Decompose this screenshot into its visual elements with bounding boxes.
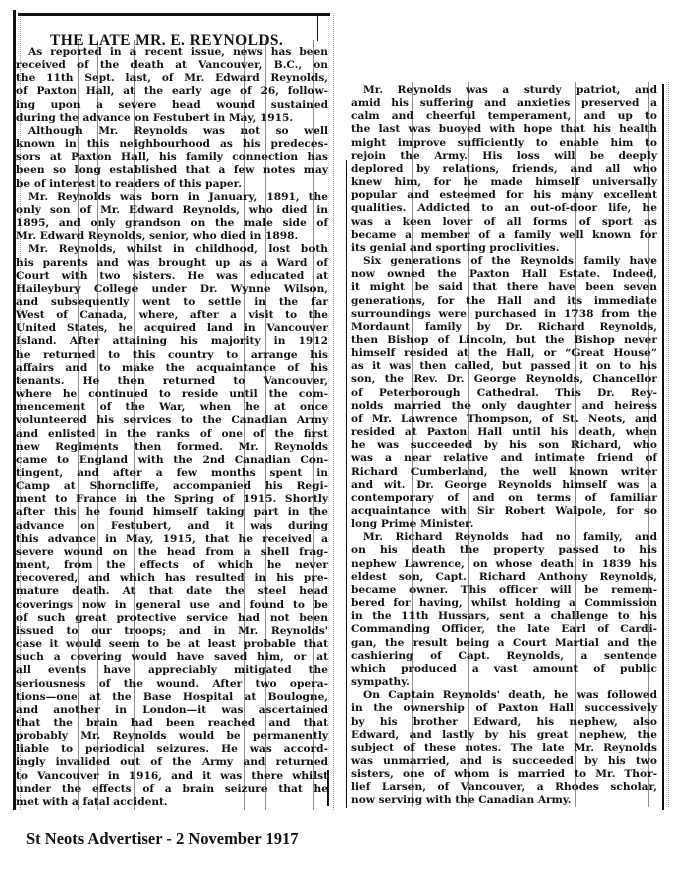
text-line: Mr. Edward Reynolds, senior, who died in… [16, 230, 328, 243]
text-line: rejoin the Army. His loss will be deeply [351, 150, 657, 163]
text-line: now serving with the Canadian Army. [351, 794, 657, 807]
text-line: probably Mr. Reynolds would be permanent… [16, 730, 328, 743]
text-line: Mr. Reynolds was a sturdy patriot, and [351, 84, 657, 97]
text-line: and another in London—it was ascertained [16, 704, 328, 717]
article-paragraph: As reported in a recent issue, news has … [16, 46, 328, 125]
text-line: Island. After attaining his majority in … [16, 335, 328, 348]
newspaper-clipping: THE LATE MR. E. REYNOLDS. As reported in… [0, 0, 678, 820]
text-line: mature death. At that date the steel hea… [16, 585, 328, 598]
text-line: coverings now in general use and found t… [16, 599, 328, 612]
scan-dotted-line [668, 82, 670, 807]
text-line: of Mr. Lawrence Thompson, of St. Neots, … [351, 413, 657, 426]
text-line: ingly invalided out of the Army and retu… [16, 756, 328, 769]
text-line: advance on Festubert, and it was during [16, 520, 328, 533]
text-line: then Bishop of Lincoln, but the Bishop n… [351, 334, 657, 347]
text-line: all events have appreciably mitigated th… [16, 664, 328, 677]
text-line: he returned to this country to arrange h… [16, 349, 328, 362]
article-paragraph: Mr. Reynolds was a sturdy patriot, andam… [351, 84, 657, 255]
right-column-right-edge [662, 84, 664, 810]
text-line: where he continued to reside until the c… [16, 388, 328, 401]
text-line: affairs and to make the acquaintance of … [16, 362, 328, 375]
text-line: known in this neighbourhood as his prede… [16, 138, 328, 151]
text-line: Commanding Officer, the late Earl of Car… [351, 623, 657, 636]
text-line: that the brain had been reached and that [16, 717, 328, 730]
text-line: his parents and was brought up as a Ward… [16, 257, 328, 270]
text-line: tenants. He then returned to Vancouver, [16, 375, 328, 388]
text-line: after this he found himself taking part … [16, 506, 328, 519]
article-paragraph: Mr. Reynolds, whilst in childhood, lost … [16, 243, 328, 809]
text-line: issued to our troops; and in Mr. Reynold… [16, 625, 328, 638]
text-line: been so long established that a few note… [16, 164, 328, 177]
text-line: the 11th Sept. last, of Mr. Edward Reyno… [16, 72, 328, 85]
text-line: the last was buoyed with hope that his h… [351, 123, 657, 136]
text-line: deplored by relations, friends, and all … [351, 163, 657, 176]
text-line: knew him, for he made himself universall… [351, 176, 657, 189]
text-line: Although Mr. Reynolds was not so well [16, 125, 328, 138]
text-line: new Regiments then formed. Mr. Reynolds [16, 441, 328, 454]
text-line: tions—one at the Base Hospital at Boulog… [16, 691, 328, 704]
text-line: severe wound on the head from a shell fr… [16, 546, 328, 559]
text-line: came to England with the 2nd Canadian Co… [16, 454, 328, 467]
text-line: On Captain Reynolds' death, he was follo… [351, 689, 657, 702]
column-divider-tick [317, 13, 318, 41]
text-line: son, the Rev. Dr. George Reynolds, Chanc… [351, 373, 657, 386]
text-line: acquaintance with Sir Robert Walpole, fo… [351, 505, 657, 518]
text-line: Mr. Reynolds was born in January, 1891, … [16, 191, 328, 204]
text-line: contemporary of and on terms of familiar [351, 492, 657, 505]
text-line: sors at Paxton Hall, his family connecti… [16, 151, 328, 164]
text-line: recovered, and which has resulted in his… [16, 572, 328, 585]
text-line: under the effects of a brain seizure tha… [16, 783, 328, 796]
clipping-top-rule [18, 13, 330, 16]
text-line: he was succeeded by his son Richard, who [351, 439, 657, 452]
text-line: met with a fatal accident. [16, 796, 328, 809]
text-line: and wit. Dr. George Reynolds himself was… [351, 479, 657, 492]
text-line: Richard Cumberland, the well known write… [351, 466, 657, 479]
text-line: by his brother Edward, his nephew, also [351, 716, 657, 729]
article-paragraph: Although Mr. Reynolds was not so wellkno… [16, 125, 328, 191]
text-line: to Vancouver in 1916, and it was there w… [16, 770, 328, 783]
text-line: received of the death at Vancouver, B.C.… [16, 59, 328, 72]
article-paragraph: Mr. Reynolds was born in January, 1891, … [16, 191, 328, 244]
text-line: ment, from the effects of which he never [16, 559, 328, 572]
text-line: West of Canada, where, after a visit to … [16, 309, 328, 322]
text-line: nephew Lawrence, on whose death in 1839 … [351, 558, 657, 571]
text-line: liable to periodical seizures. He was ac… [16, 743, 328, 756]
scan-dotted-line [333, 15, 335, 810]
text-line: ing upon a severe head wound sustained [16, 99, 328, 112]
text-line: subject of these notes. The late Mr. Rey… [351, 742, 657, 755]
text-line: Court with two sisters. He was educated … [16, 270, 328, 283]
text-line: on his death the property passed to his [351, 544, 657, 557]
text-line: its genial and sporting proclivities. [351, 242, 657, 255]
text-line: was unmarried, and is succeeded by his t… [351, 755, 657, 768]
text-line: long Prime Minister. [351, 518, 657, 531]
text-line: seriousness of the wound. After two oper… [16, 678, 328, 691]
text-line: bered for having, whilst holding a Commi… [351, 597, 657, 610]
text-line: was a near relative and intimate friend … [351, 452, 657, 465]
text-line: during the advance on Festubert in May, … [16, 112, 328, 125]
text-line: might improve sufficiently to enable him… [351, 137, 657, 150]
text-line: surroundings were purchased in 1738 from… [351, 308, 657, 321]
text-line: sisters, one of whom is married to Mr. T… [351, 768, 657, 781]
text-line: United States, he acquired land in Vanco… [16, 322, 328, 335]
text-line: of such great protective service had not… [16, 612, 328, 625]
text-line: Camp at Shorncliffe, accompanied his Reg… [16, 480, 328, 493]
text-line: mencement of the War, when he at once [16, 401, 328, 414]
article-paragraph: Six generations of the Reynolds family h… [351, 255, 657, 531]
right-column-left-edge [346, 160, 347, 808]
text-line: in the ownership of Paxton Hall successi… [351, 702, 657, 715]
text-line: sympathy. [351, 676, 657, 689]
text-line: gan, the result being a Court Martial an… [351, 637, 657, 650]
text-line: As reported in a recent issue, news has … [16, 46, 328, 59]
text-line: Edward, and lastly by his great nephew, … [351, 729, 657, 742]
text-line: amid his suffering and anxieties preserv… [351, 97, 657, 110]
text-line: lief Larsen, of Vancouver, a Rhodes scho… [351, 781, 657, 794]
text-line: tingent, and after a few months spent in [16, 467, 328, 480]
text-line: calm and cheerful temperament, and up to [351, 110, 657, 123]
text-line: Haileybury College under Dr. Wynne Wilso… [16, 283, 328, 296]
text-line: eldest son, Capt. Richard Anthony Reynol… [351, 571, 657, 584]
text-line: cashiering of Capt. Reynolds, a sentence [351, 650, 657, 663]
article-paragraph: On Captain Reynolds' death, he was follo… [351, 689, 657, 807]
text-line: Mr. Reynolds, whilst in childhood, lost … [16, 243, 328, 256]
text-line: became a member of a family well known f… [351, 229, 657, 242]
article-paragraph: Mr. Richard Reynolds had no family, ando… [351, 531, 657, 689]
text-line: Mordaunt family by Dr. Richard Reynolds, [351, 321, 657, 334]
text-line: of Paxton Hall, at the early age of 26, … [16, 85, 328, 98]
text-line: and enlisted in the ranks of one of the … [16, 428, 328, 441]
text-line: ment to France in the Spring of 1915. Sh… [16, 493, 328, 506]
text-line: generations, for the Hall and its immedi… [351, 295, 657, 308]
text-line: and subsequently went to settle in the f… [16, 296, 328, 309]
text-line: resided at Paxton Hall until his death, … [351, 426, 657, 439]
text-line: it might be said that there have been se… [351, 281, 657, 294]
text-line: qualities. Addicted to an out-of-door li… [351, 202, 657, 215]
text-line: Six generations of the Reynolds family h… [351, 255, 657, 268]
text-line: nolds married the only daughter and heir… [351, 400, 657, 413]
text-line: this advance in May, 1915, that he recei… [16, 533, 328, 546]
source-caption: St Neots Advertiser - 2 November 1917 [26, 829, 299, 849]
text-line: Mr. Richard Reynolds had no family, and [351, 531, 657, 544]
text-line: popular and esteemed for his many excell… [351, 189, 657, 202]
right-column: Mr. Reynolds was a sturdy patriot, andam… [351, 84, 657, 808]
text-line: such a covering would have saved him, or… [16, 651, 328, 664]
text-line: be of interest to readers of this paper. [16, 178, 328, 191]
text-line: which produced a vast amount of public [351, 663, 657, 676]
text-line: in the 11th Hussars, sent a challenge to… [351, 610, 657, 623]
text-line: of Peterborough Cathedral. This Dr. Rey- [351, 387, 657, 400]
text-line: was a keen lover of all forms of sport a… [351, 216, 657, 229]
text-line: himself resided at the Hall, or “Great H… [351, 347, 657, 360]
text-line: now owned the Paxton Hall Estate. Indeed… [351, 268, 657, 281]
text-line: as it was then called, but passed it on … [351, 360, 657, 373]
left-column: As reported in a recent issue, news has … [16, 46, 328, 809]
text-line: 1895, and only grandson on the male side… [16, 217, 328, 230]
text-line: only son of Mr. Edward Reynolds, who die… [16, 204, 328, 217]
text-line: volunteered his services to the Canadian… [16, 414, 328, 427]
text-line: case it would seem to be at least probab… [16, 638, 328, 651]
text-line: became owner. This officer will be remem… [351, 584, 657, 597]
